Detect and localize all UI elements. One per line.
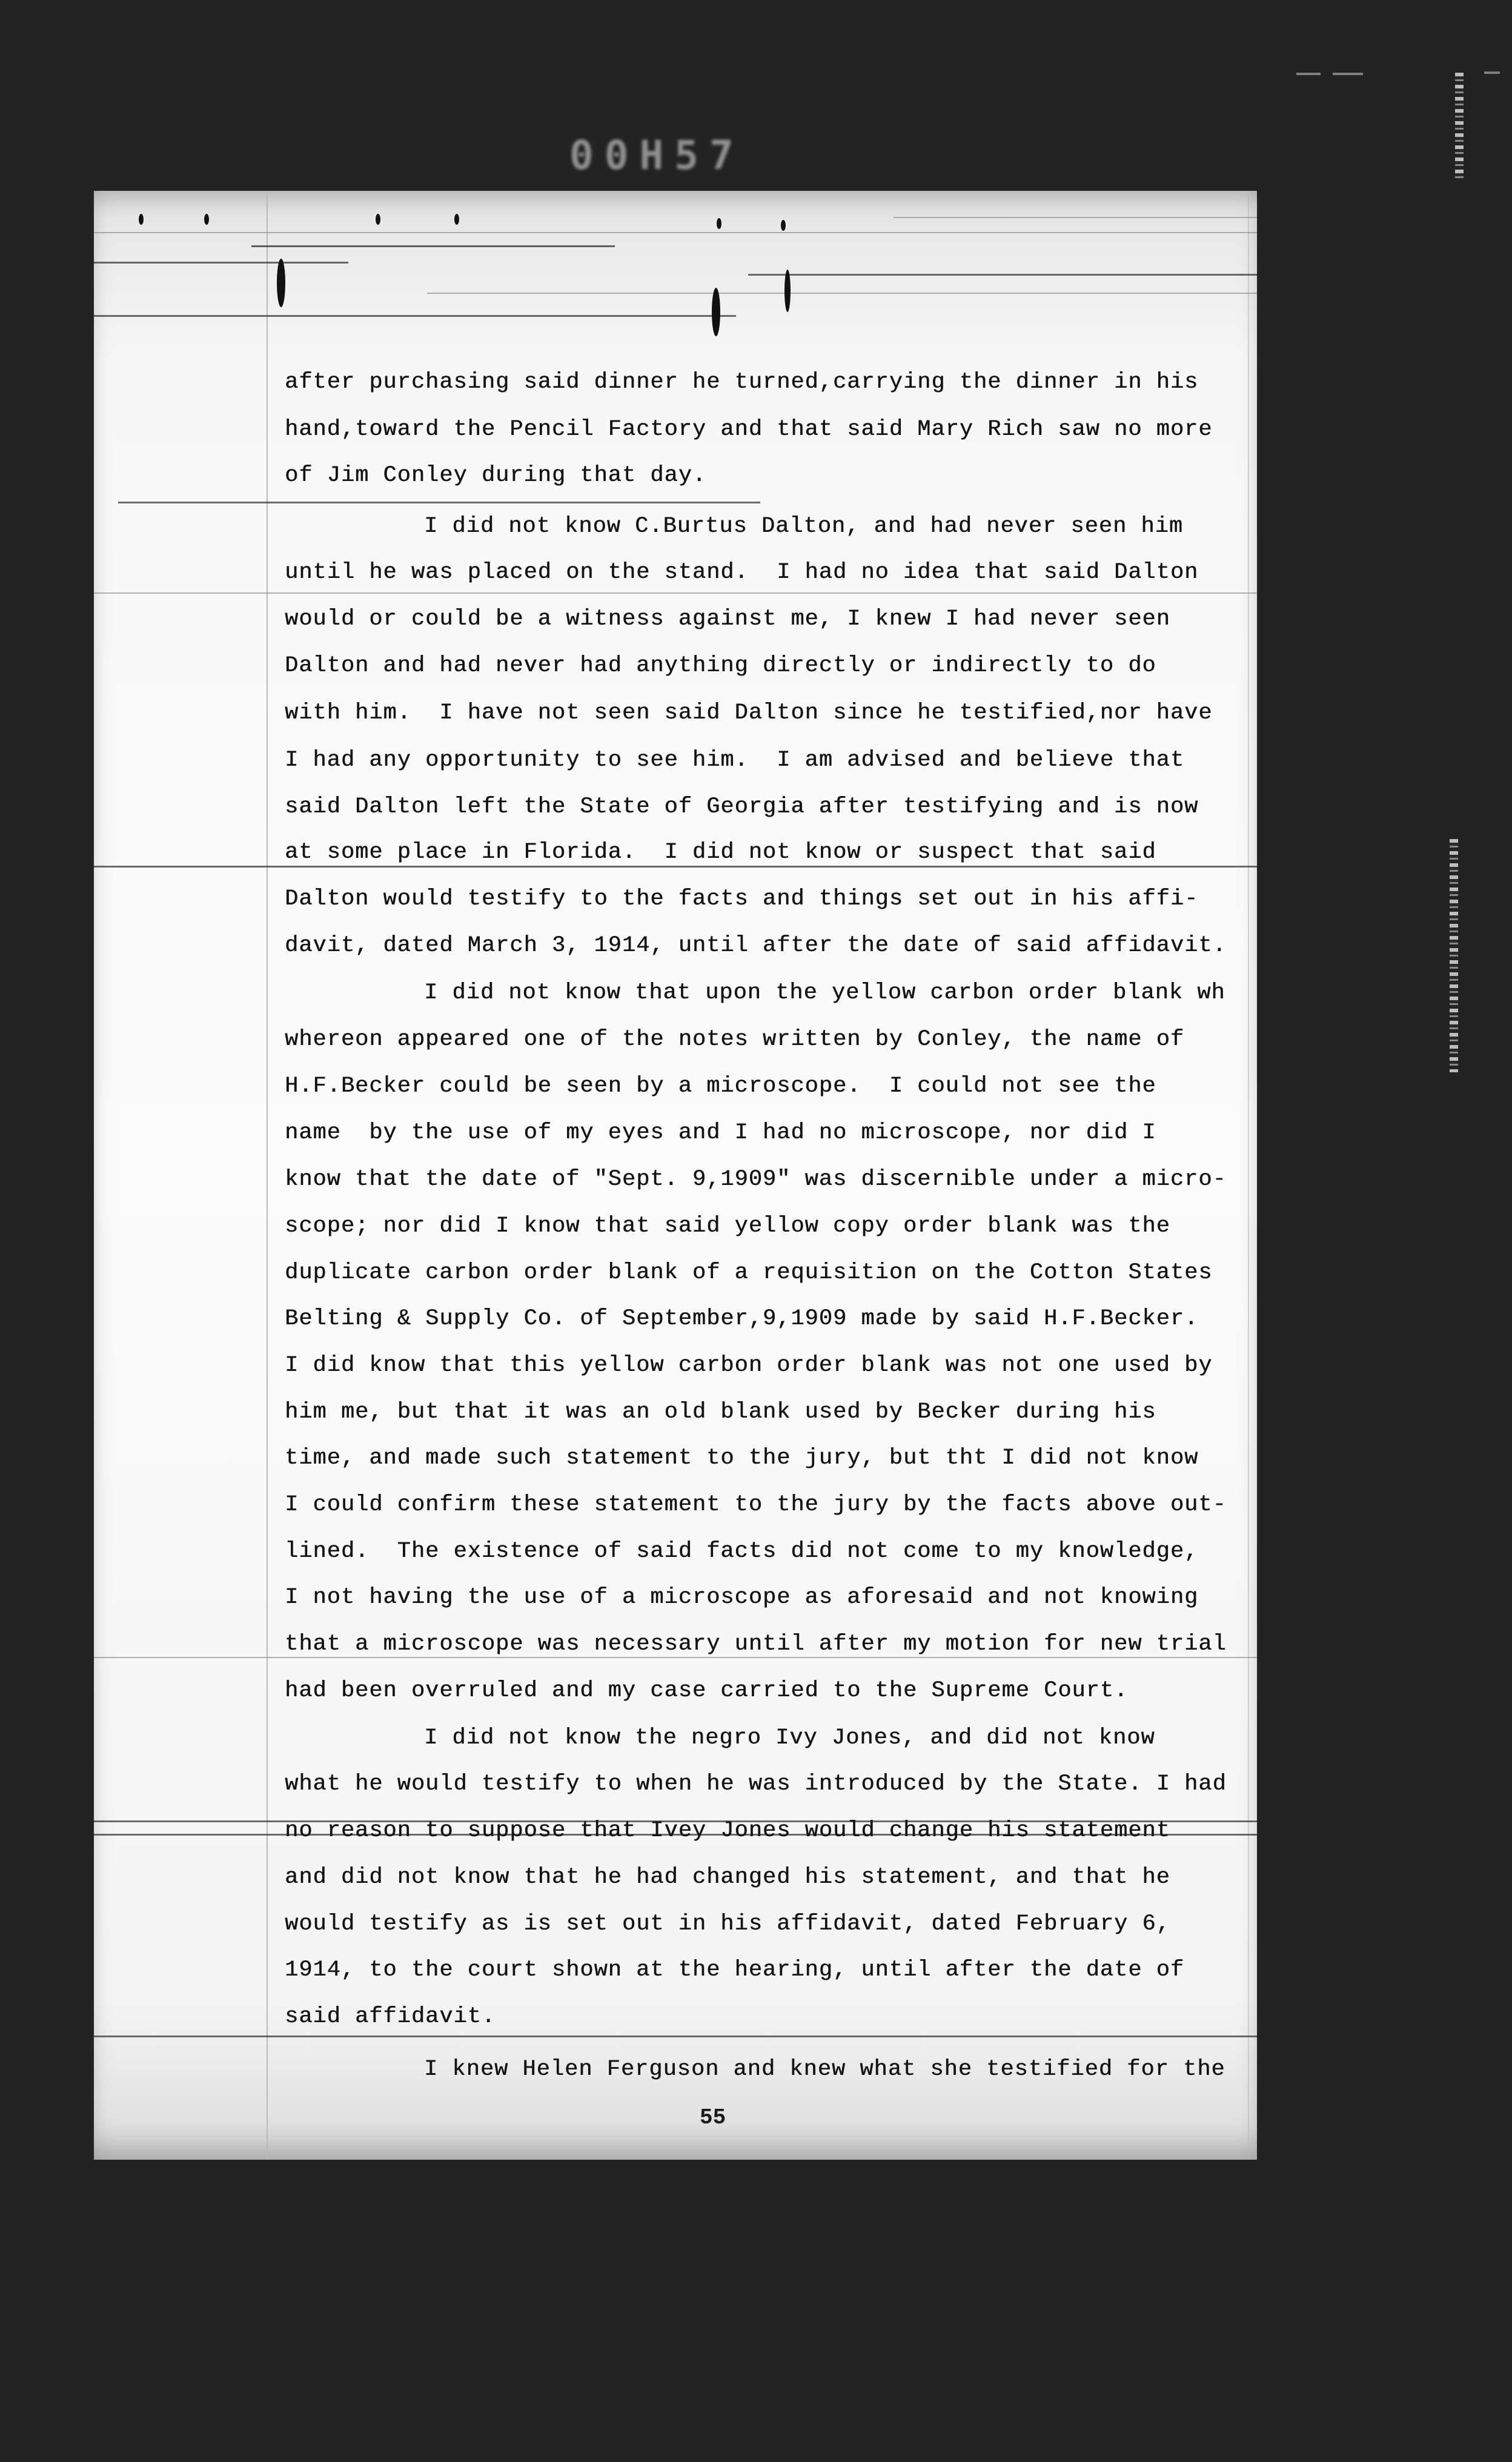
text-line: what he would testify to when he was int… [285, 1770, 1227, 1799]
text-line: said affidavit. [285, 2002, 496, 2031]
ruled-line [94, 232, 1257, 233]
text-line: that a microscope was necessary until af… [285, 1630, 1227, 1659]
ruled-line [251, 245, 615, 247]
text-line: I did not know C.Burtus Dalton, and had … [424, 512, 1183, 541]
ruled-line [94, 592, 1257, 594]
document-page: after purchasing said dinner he turned,c… [94, 191, 1257, 2160]
text-line: I could confirm these statement to the j… [285, 1490, 1227, 1519]
film-tick-mark [1296, 73, 1321, 75]
text-line: at some place in Florida. I did not know… [285, 838, 1156, 867]
text-line: I knew Helen Ferguson and knew what she … [424, 2055, 1225, 2084]
text-line: I did not know that upon the yellow carb… [424, 978, 1225, 1007]
page-number: 55 [700, 2105, 726, 2130]
ink-blot [277, 259, 285, 307]
text-line: scope; nor did I know that said yellow c… [285, 1212, 1170, 1241]
punch-mark [781, 220, 786, 231]
text-line: would testify as is set out in his affid… [285, 1910, 1170, 1939]
text-line: name by the use of my eyes and I had no … [285, 1118, 1156, 1147]
text-line: with him. I have not seen said Dalton si… [285, 698, 1212, 728]
ruled-line [94, 2036, 1257, 2037]
ruled-line [894, 217, 1257, 218]
right-margin-line [1248, 191, 1249, 2160]
punch-mark [139, 214, 144, 225]
punch-mark [376, 214, 380, 225]
text-line: whereon appeared one of the notes writte… [285, 1025, 1184, 1054]
punch-mark [717, 218, 721, 229]
text-line: said Dalton left the State of Georgia af… [285, 792, 1198, 821]
ruled-line [94, 315, 736, 317]
text-line: H.F.Becker could be seen by a microscope… [285, 1072, 1156, 1101]
text-line: duplicate carbon order blank of a requis… [285, 1258, 1212, 1287]
text-line: I did not know the negro Ivy Jones, and … [424, 1724, 1155, 1753]
ruled-line [118, 502, 760, 503]
text-line: I did know that this yellow carbon order… [285, 1351, 1212, 1380]
text-line: hand,toward the Pencil Factory and that … [285, 415, 1212, 444]
text-line: I had any opportunity to see him. I am a… [285, 746, 1184, 775]
text-line: no reason to suppose that Ivey Jones wou… [285, 1816, 1170, 1845]
text-line: would or could be a witness against me, … [285, 605, 1170, 634]
text-line: lined. The existence of said facts did n… [285, 1537, 1198, 1566]
ink-blot [712, 288, 720, 336]
film-tick-mark [1484, 71, 1500, 74]
film-tick-mark [1333, 73, 1363, 75]
text-line: know that the date of "Sept. 9,1909" was… [285, 1165, 1227, 1194]
left-margin-line [267, 191, 268, 2160]
text-line: Belting & Supply Co. of September,9,1909… [285, 1304, 1198, 1333]
text-line: I not having the use of a microscope as … [285, 1583, 1198, 1612]
ruled-line [94, 262, 348, 264]
text-line: davit, dated March 3, 1914, until after … [285, 931, 1227, 960]
text-line: him me, but that it was an old blank use… [285, 1398, 1156, 1427]
film-edge-marking [1450, 839, 1458, 1072]
ruled-line [427, 293, 1257, 294]
text-line: and did not know that he had changed his… [285, 1863, 1170, 1892]
text-line: after purchasing said dinner he turned,c… [285, 368, 1198, 397]
punch-mark [204, 214, 209, 225]
film-edge-marking [1455, 73, 1464, 182]
ruled-line [748, 274, 1257, 276]
punch-mark [454, 214, 459, 225]
text-line: 1914, to the court shown at the hearing,… [285, 1956, 1184, 1985]
text-line: had been overruled and my case carried t… [285, 1676, 1128, 1705]
text-line: until he was placed on the stand. I had … [285, 558, 1198, 587]
film-frame-stamp: 00H57 [569, 134, 824, 177]
text-line: time, and made such statement to the jur… [285, 1444, 1198, 1473]
text-line: Dalton would testify to the facts and th… [285, 884, 1198, 914]
text-line: of Jim Conley during that day. [285, 461, 706, 490]
ink-blot [784, 270, 791, 312]
text-line: Dalton and had never had anything direct… [285, 651, 1156, 680]
